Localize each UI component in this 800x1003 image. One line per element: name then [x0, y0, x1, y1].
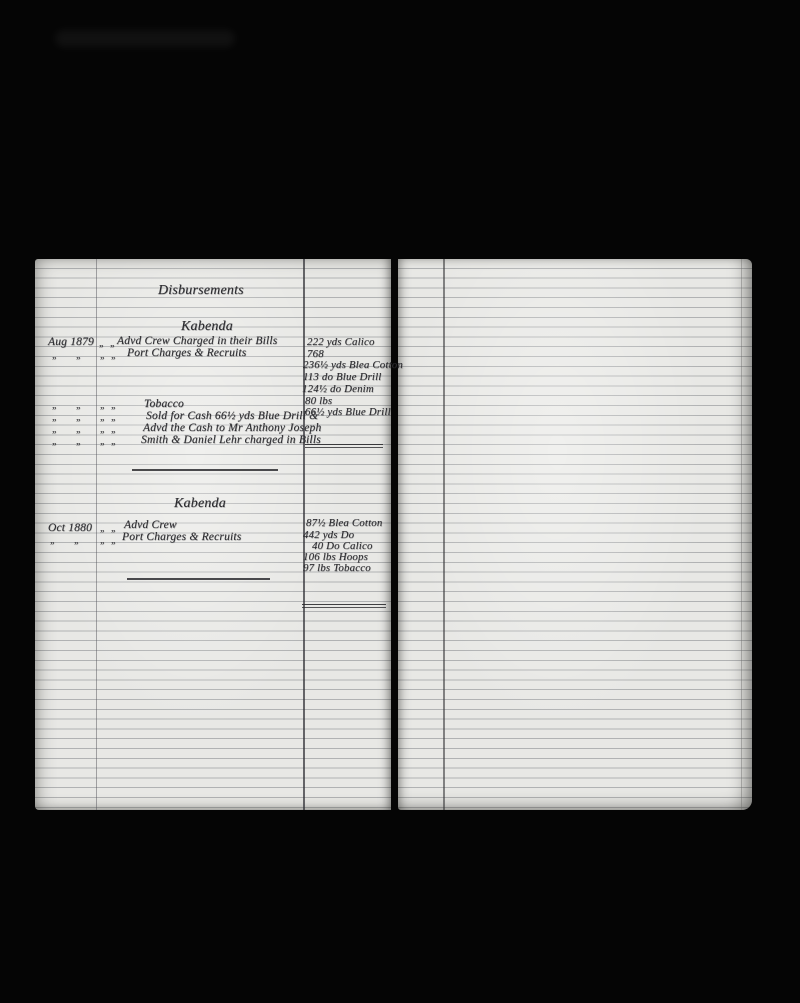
entry-description: Sold for Cash 66½ yds Blue Drill & [146, 411, 318, 423]
amount-total-rule [305, 444, 383, 448]
section-heading: Kabenda [181, 320, 233, 334]
ditto-marks: „ „ [52, 414, 82, 424]
ditto-marks: „ „ [100, 438, 117, 448]
entry-description: Port Charges & Recruits [122, 532, 242, 544]
amount-line: 97 lbs Tobacco [303, 563, 371, 574]
amount-line: 87½ Blea Cotton [306, 518, 382, 529]
entry-description: Tobacco [144, 399, 184, 411]
right-page-margin-rule [443, 259, 445, 810]
ditto-marks: „ „ [100, 352, 117, 362]
ditto-marks: „ „ [52, 402, 82, 412]
ditto-marks: „ „ [100, 537, 117, 547]
ditto-marks: „ „ [99, 340, 116, 350]
date-margin-rule [96, 259, 97, 810]
ditto-marks: „ „ [50, 537, 80, 547]
entry-date: Oct 1880 [48, 523, 92, 535]
ditto-marks: „ „ [100, 426, 117, 436]
ditto-marks: „ „ [100, 402, 117, 412]
ditto-marks: „ „ [52, 352, 82, 362]
ditto-marks: „ „ [100, 414, 117, 424]
right-page-edge-line [741, 259, 742, 810]
entry-description: Advd the Cash to Mr Anthony Joseph [143, 423, 321, 435]
section-heading: Kabenda [174, 497, 226, 511]
entry-description: Smith & Daniel Lehr charged in Bills [141, 435, 321, 447]
section-closing-rule [127, 578, 270, 580]
amount-total-rule [302, 604, 386, 608]
ledger-scan-photo: Disbursements Kabenda Aug 1879 „ „ Advd … [0, 0, 800, 1003]
amount-line: 236½ yds Blea Cotton [303, 360, 403, 371]
entry-description: Advd Crew [124, 520, 177, 532]
amount-line: 124½ do Denim [302, 384, 374, 395]
ditto-marks: „ „ [100, 525, 117, 535]
page-title: Disbursements [158, 284, 244, 298]
ditto-marks: „ „ [52, 438, 82, 448]
amount-line: 222 yds Calico [307, 337, 375, 348]
ledger-page-right [398, 259, 752, 810]
entry-date: Aug 1879 [48, 337, 94, 349]
entry-description: Port Charges & Recruits [127, 348, 247, 360]
ditto-marks: „ „ [52, 426, 82, 436]
section-closing-rule [132, 469, 278, 471]
entry-description: Advd Crew Charged in their Bills [117, 336, 277, 348]
amount-line: 113 do Blue Drill [303, 372, 381, 383]
scan-smudge [55, 30, 235, 47]
